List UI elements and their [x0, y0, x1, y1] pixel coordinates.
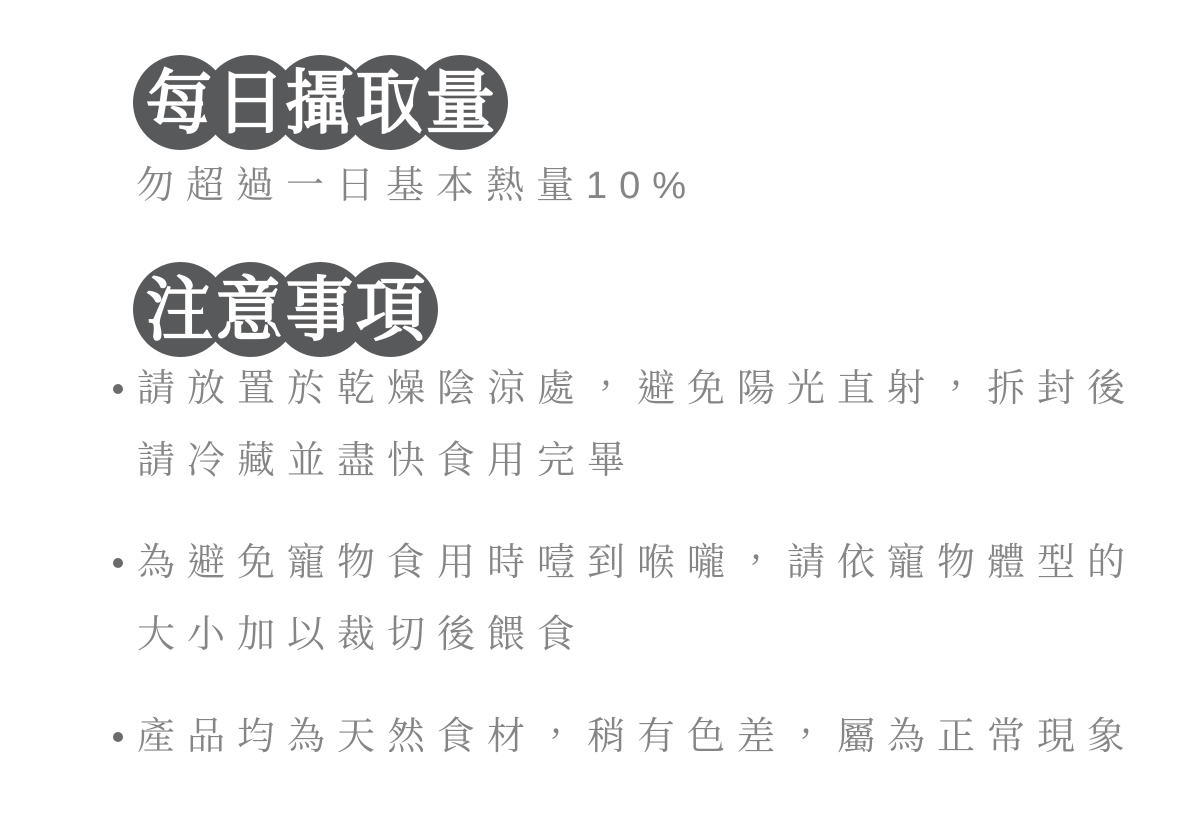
daily-intake-text: 勿超過一日基本熱量10%: [133, 150, 1140, 222]
note-item-natural-color: 產品均為天然食材，稍有色差，屬為正常現象: [137, 701, 1140, 773]
bullet-dot-icon: [113, 384, 123, 394]
title-char: 量: [426, 68, 496, 138]
note-item-storage: 請放置於乾燥陰涼處，避免陽光直射，拆封後 請冷藏並盡快食用完畢: [137, 353, 1140, 497]
product-notes-page: 每 日 攝 取 量 勿超過一日基本熱量10% 注 意: [0, 0, 1200, 832]
note-line: 請冷藏並盡快食用完畢: [137, 425, 1140, 497]
note-line: 大小加以裁切後餵食: [137, 599, 1140, 671]
note-item-feeding-size: 為避免寵物食用時噎到喉嚨，請依寵物體型的 大小加以裁切後餵食: [137, 527, 1140, 671]
note-line: 為避免寵物食用時噎到喉嚨，請依寵物體型的: [137, 527, 1140, 599]
bullet-dot-icon: [113, 732, 123, 742]
note-line: 請放置於乾燥陰涼處，避免陽光直射，拆封後: [137, 353, 1140, 425]
daily-intake-title: 每 日 攝 取 量: [133, 55, 1140, 150]
note-line: 產品均為天然食材，稍有色差，屬為正常現象: [137, 701, 1140, 773]
section-notes: 注 意 事 項 請放置於乾燥陰涼處，避免陽光直射，拆封後 請冷藏並盡快食用完畢 …: [133, 262, 1140, 773]
title-badge-circle: 項: [343, 262, 438, 357]
bullet-dot-icon: [113, 558, 123, 568]
title-badge-circle: 量: [413, 55, 508, 150]
section-daily-intake: 每 日 攝 取 量 勿超過一日基本熱量10%: [133, 55, 1140, 222]
notes-list: 請放置於乾燥陰涼處，避免陽光直射，拆封後 請冷藏並盡快食用完畢 為避免寵物食用時…: [133, 353, 1140, 773]
notes-title: 注 意 事 項: [133, 262, 1140, 357]
title-char: 項: [356, 275, 426, 345]
